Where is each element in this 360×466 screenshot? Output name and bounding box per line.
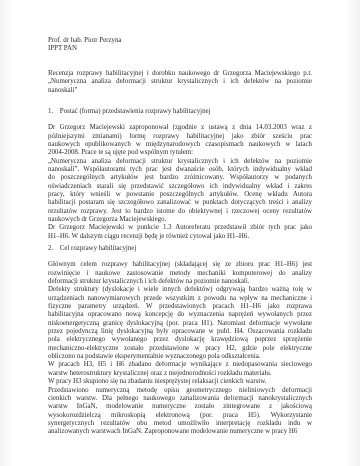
body-line: synergetycznych rezultatów obu metod umo… <box>48 420 312 428</box>
body-line: cienkich warstw. Dla pełnego naukowego z… <box>48 395 312 403</box>
title-line: Recenzja rozprawy habilitacyjnej i dorob… <box>48 70 312 78</box>
body-line: naukowych opublikowanych w międzynarodow… <box>48 141 312 149</box>
section-1-body: Dr Grzegorz Maciejewski zaproponował (zg… <box>48 124 312 241</box>
body-line: wysokorozdzielczą mikroskopią elektronow… <box>48 412 312 420</box>
body-line: warstw heterostruktury krystalicznej ora… <box>48 370 312 378</box>
body-line: Defekty struktury (dyslokacje i wiele in… <box>48 286 312 294</box>
body-line: deformacji struktur krystalicznych i ich… <box>48 278 312 286</box>
body-line: habilitacji postaram się szczegółowo zan… <box>48 199 312 207</box>
body-line: Dr Grzegorz Maciejewski w punkcie 1.3 Au… <box>48 224 312 232</box>
reviewer-name: Prof. dr hab. Piotr Perzyna <box>48 37 312 45</box>
body-line: Głównym celem rozprawy habilitacyjnej (s… <box>48 261 312 269</box>
reviewer-header: Prof. dr hab. Piotr Perzyna IPPT PAN <box>48 37 312 54</box>
body-line: W pracach H3, H5 i H6 zbadano deformacje… <box>48 361 312 369</box>
body-line: późniejszymi zmianami) formę rozprawy ha… <box>48 133 312 141</box>
body-line: pola elektrycznego wywołanego przez dysl… <box>48 336 312 344</box>
body-line: przez pojedynczą linię dyslokacyjną były… <box>48 328 312 336</box>
body-line: habilitacyjna opracowano nową koncepcję … <box>48 311 312 319</box>
body-line: fizyczne parametry urządzeń. W przedstaw… <box>48 303 312 311</box>
body-line: analizowanych warstwach InGaN. Zapropono… <box>48 428 312 436</box>
document-page: Prof. dr hab. Piotr Perzyna IPPT PAN Rec… <box>0 0 360 466</box>
section-2-number: 2. <box>48 245 58 253</box>
section-1-title: Postać (forma) przedstawienia rozprawy h… <box>60 108 211 115</box>
body-line: warstw InGaN, modelowanie numeryczne zos… <box>48 403 312 411</box>
body-line: nanoskali”. Współautorami tych prac jest… <box>48 166 312 174</box>
body-line: Dr Grzegorz Maciejewski zaproponował (zg… <box>48 124 312 132</box>
body-line: rezultatów rozprawy. Jest to bardzo isto… <box>48 208 312 216</box>
section-1: 1. Postać (forma) przedstawienia rozpraw… <box>48 108 312 241</box>
body-line: rozwinięcie i naukowe zastosowanie metod… <box>48 270 312 278</box>
section-2-title: Cel rozprawy habilitacyjnej <box>60 245 137 252</box>
body-line: mechaniczno-elektryczne zostało przedsta… <box>48 345 312 353</box>
body-line: Przedstawiono numeryczną metodę opisu ge… <box>48 387 312 395</box>
body-line: obliczono na podstawie eksperymentalnie … <box>48 353 312 361</box>
body-line: naukowych dr Grzegorza Maciejewskiego. <box>48 216 312 224</box>
section-1-heading: 1. Postać (forma) przedstawienia rozpraw… <box>48 108 312 116</box>
section-2-heading: 2. Cel rozprawy habilitacyjnej <box>48 245 312 253</box>
body-line: urządzeniach nanowymiarowych przede wszy… <box>48 295 312 303</box>
review-title: Recenzja rozprawy habilitacyjnej i dorob… <box>48 70 312 95</box>
section-2: 2. Cel rozprawy habilitacyjnej Głównym c… <box>48 245 312 437</box>
body-line: do poszczególnych artykułów jest bardzo … <box>48 174 312 182</box>
body-line: niskoenergetyczną granicę dyslokacyjną (… <box>48 320 312 328</box>
section-2-body: Głównym celem rozprawy habilitacyjnej (s… <box>48 261 312 436</box>
reviewer-institution: IPPT PAN <box>48 45 312 53</box>
section-1-number: 1. <box>48 108 58 116</box>
body-line: „Numeryczna analiza deformacji struktur … <box>48 158 312 166</box>
body-line: H1–H6. W dalszym ciągu recenzji będę je … <box>48 233 312 241</box>
title-line: nanoskali” <box>48 87 312 95</box>
body-line: 2004-2008. Prace te są ujęte pod wspólny… <box>48 149 312 157</box>
body-line: pracy, który wnieśli w powstanie poszcze… <box>48 191 312 199</box>
body-line: oświadczeniach starali się przedstawić s… <box>48 183 312 191</box>
title-line: „Numeryczna analiza deformacji struktur … <box>48 78 312 86</box>
body-line: W pracy H3 skupiono się na zbadaniu nies… <box>48 378 312 386</box>
